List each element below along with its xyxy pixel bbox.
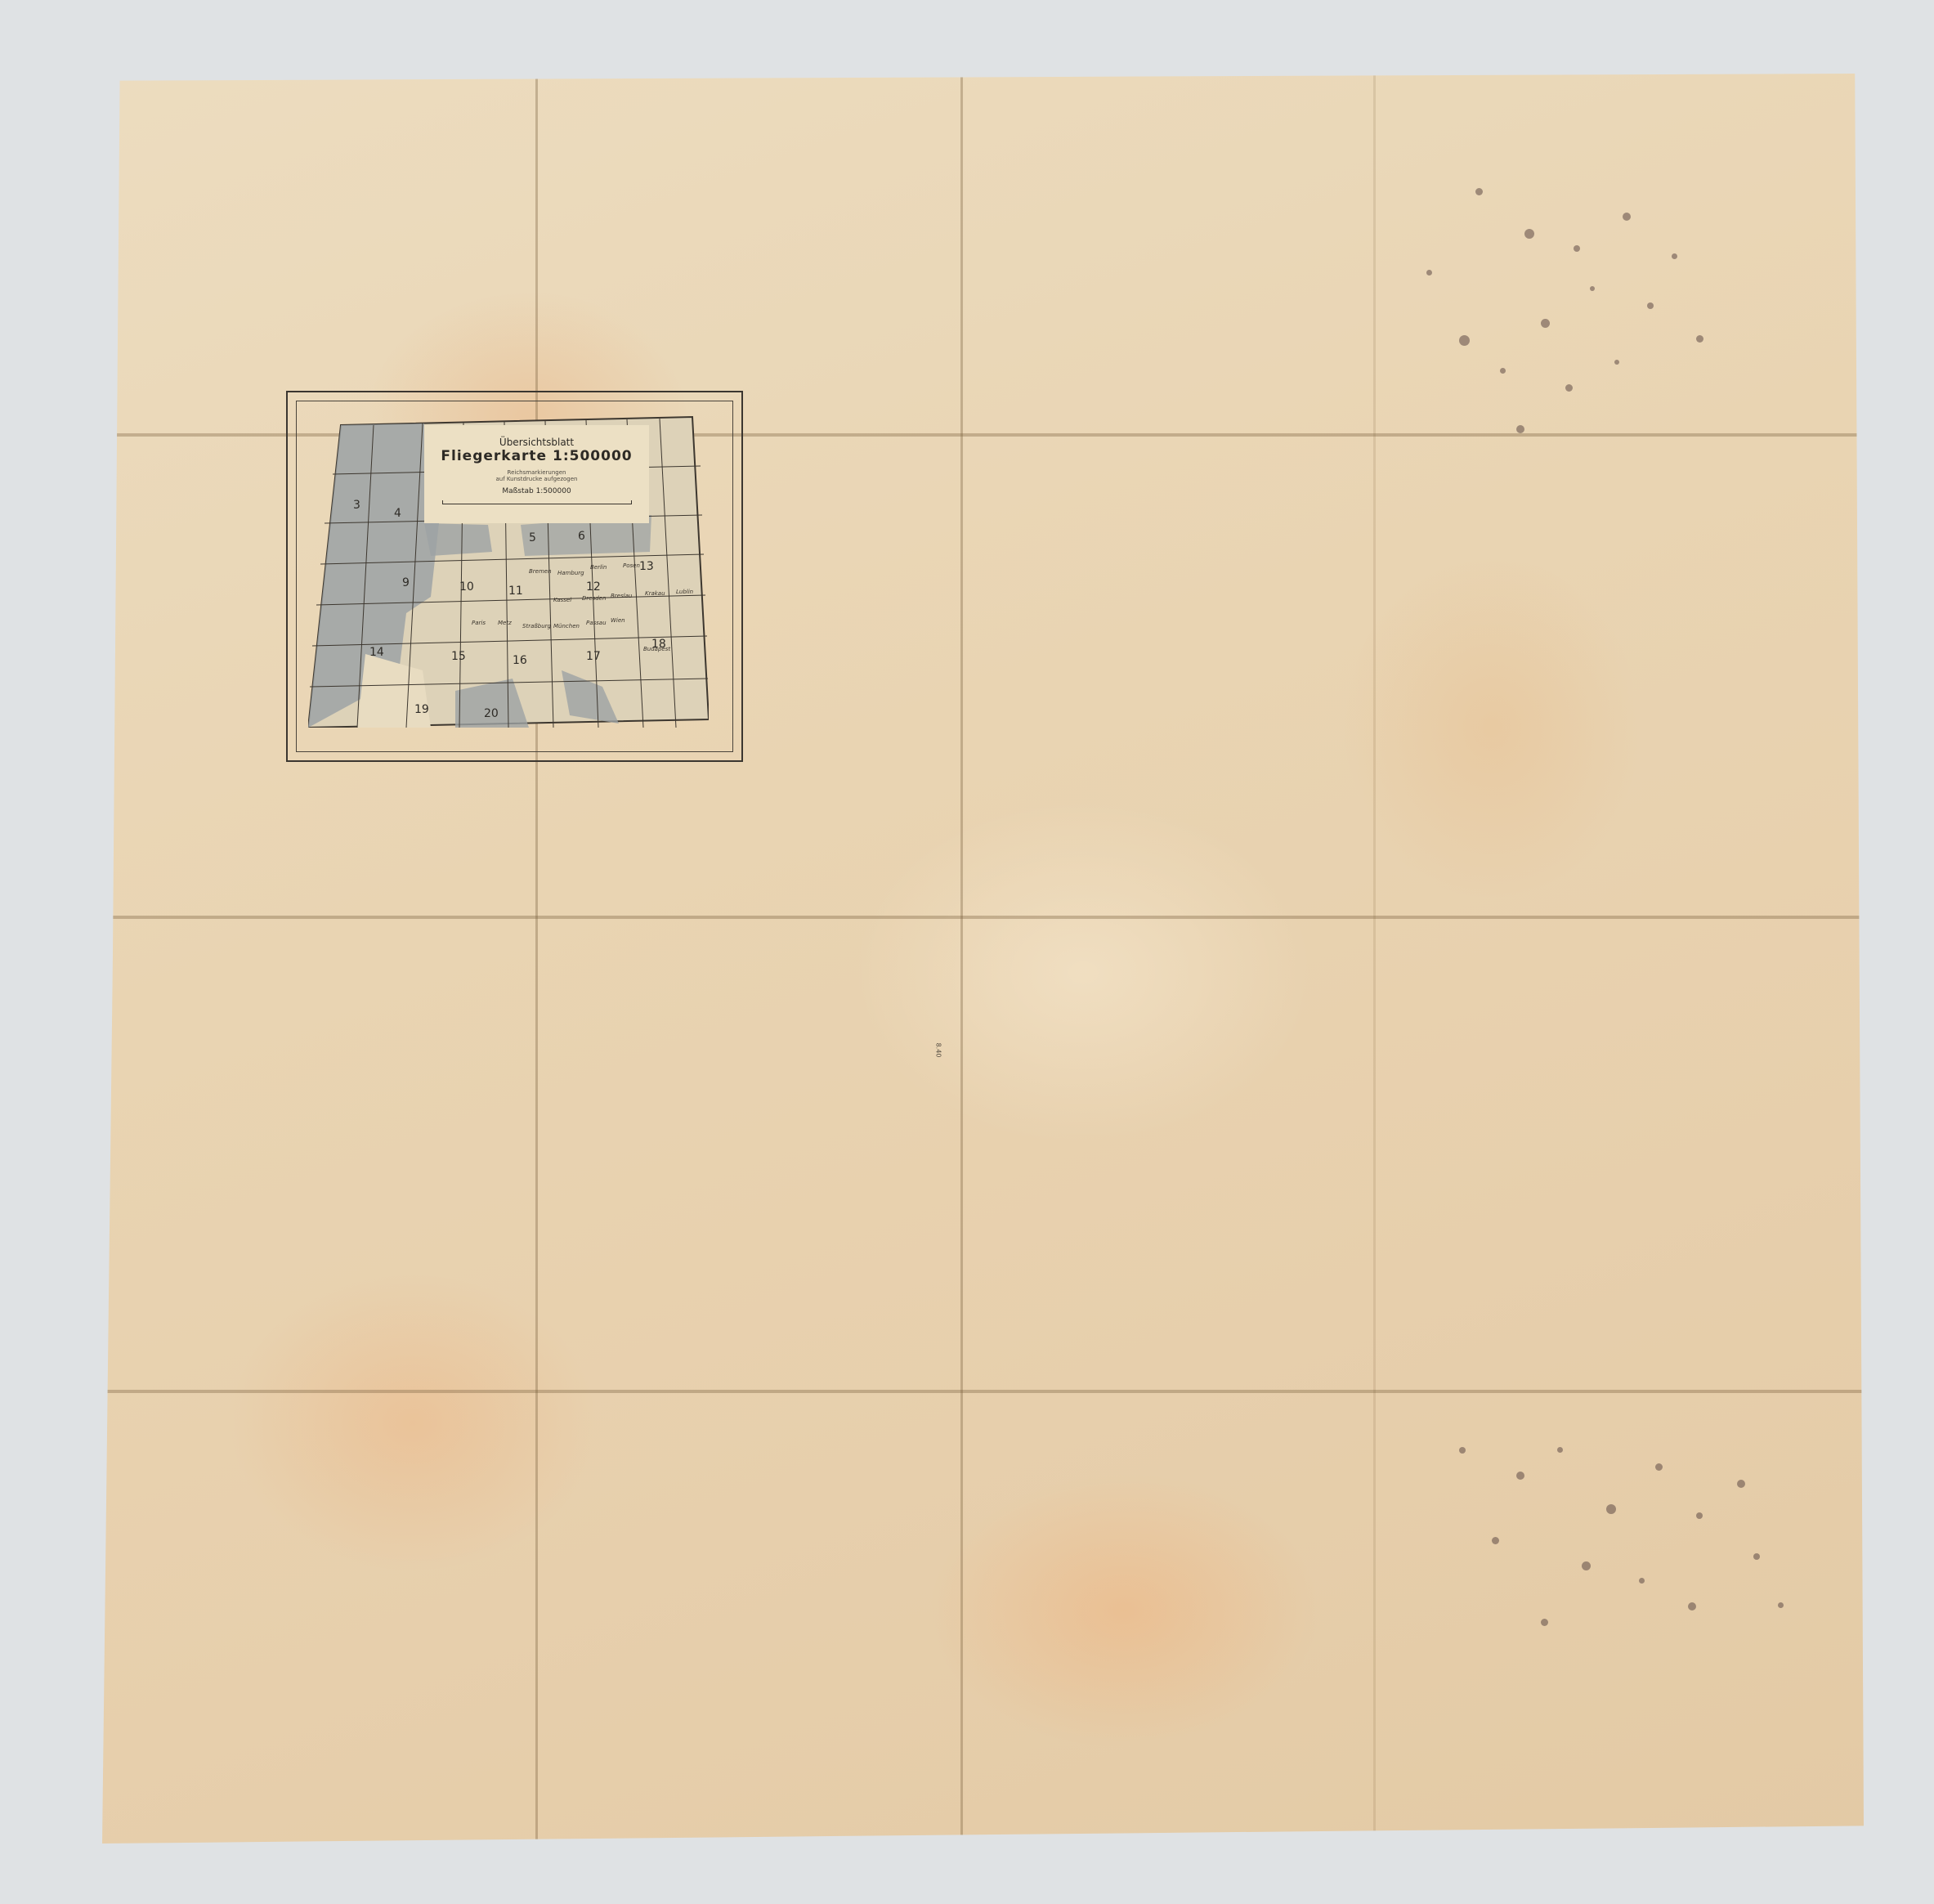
- city-label: Dresden: [582, 595, 606, 602]
- inset-title-block: Übersichtsblatt Fliegerkarte 1:500000 Re…: [424, 425, 649, 523]
- print-mark: 8.40: [934, 1043, 942, 1058]
- sheet-number: 17: [586, 650, 601, 663]
- city-label: Breslau: [611, 593, 632, 599]
- index-map-inset: Übersichtsblatt Fliegerkarte 1:500000 Re…: [286, 391, 743, 762]
- sheet-number: 13: [639, 560, 654, 573]
- inset-subtitle: Reichsmarkierungen: [424, 469, 649, 476]
- sheet-number: 4: [394, 507, 401, 520]
- city-label: München: [553, 623, 580, 629]
- city-label: Bremen: [529, 568, 552, 575]
- city-label: Metz: [498, 620, 512, 626]
- sheet-number: 11: [508, 585, 523, 598]
- city-label: Straßburg: [522, 623, 551, 629]
- fold-line: [960, 74, 963, 1844]
- city-label: Paris: [472, 620, 486, 626]
- inset-title: Übersichtsblatt: [424, 437, 649, 448]
- index-grid-map: Übersichtsblatt Fliegerkarte 1:500000 Re…: [308, 409, 709, 728]
- sheet-number: 20: [484, 707, 499, 720]
- city-label: Hamburg: [557, 570, 584, 576]
- city-label: Budapest: [643, 646, 670, 652]
- fold-line: [102, 916, 1864, 919]
- sheet-number: 10: [459, 580, 474, 594]
- fold-line: [535, 74, 538, 1844]
- sheet-number: 16: [513, 654, 527, 667]
- city-label: Berlin: [590, 564, 607, 571]
- fold-line: [102, 1390, 1864, 1393]
- sheet-number: 14: [369, 646, 384, 659]
- sheet-number: 15: [451, 650, 466, 663]
- mildew-spots: [1426, 1414, 1819, 1660]
- city-label: Passau: [586, 620, 607, 626]
- sheet-number: 9: [402, 576, 410, 589]
- map-sheet: Übersichtsblatt Fliegerkarte 1:500000 Re…: [102, 74, 1864, 1844]
- inset-subtitle: auf Kunstdrucke aufgezogen: [424, 476, 649, 482]
- city-label: Wien: [611, 617, 625, 624]
- city-label: Krakau: [645, 590, 665, 597]
- inset-title-main: Fliegerkarte 1:500000: [424, 448, 649, 464]
- city-label: Kassel: [553, 597, 571, 603]
- sheet-number: 5: [529, 531, 536, 544]
- city-label: Lublin: [676, 589, 693, 595]
- city-label: Posen: [623, 562, 640, 569]
- scale-label: Maßstab 1:500000: [424, 487, 649, 495]
- sheet-number: 6: [578, 530, 585, 543]
- scale-bar: [442, 500, 632, 504]
- sheet-number: 19: [414, 703, 429, 716]
- mildew-spots: [1377, 123, 1745, 450]
- sheet-number: 3: [353, 499, 360, 512]
- fold-line: [1373, 74, 1376, 1844]
- sheet-number: 12: [586, 580, 601, 594]
